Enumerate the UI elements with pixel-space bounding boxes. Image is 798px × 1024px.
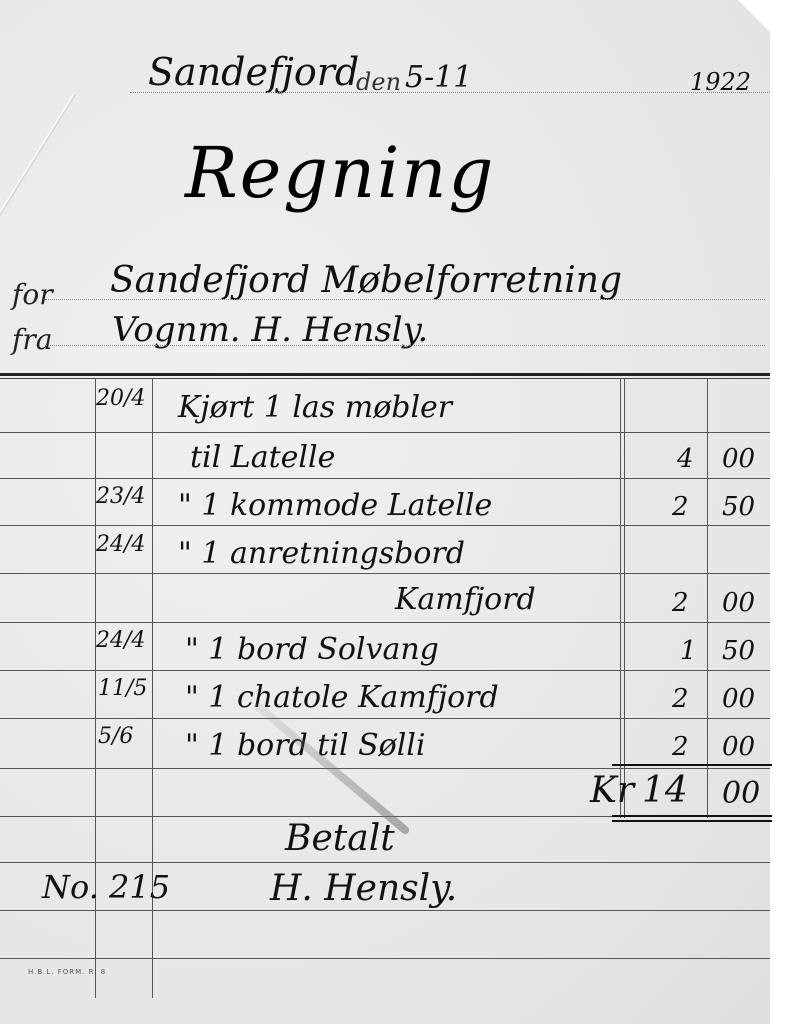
row-line: [0, 910, 770, 911]
row-kr: 2: [672, 684, 689, 714]
fra-label: fra: [12, 323, 52, 356]
row-kr: 2: [672, 732, 689, 762]
total-double-underline: [612, 815, 772, 817]
document-title: Regning: [185, 132, 495, 214]
header-dotted-line: [130, 92, 770, 93]
ledger-top-rule-thin: [0, 378, 770, 379]
fra-dotted-line: [45, 345, 765, 346]
total-ore: 00: [722, 776, 760, 811]
row-ore: 50: [722, 636, 755, 666]
row-line: [0, 478, 770, 479]
row-date: 5/6: [98, 724, 133, 749]
row-kr: 2: [672, 588, 689, 618]
signature: H. Hensly.: [270, 868, 457, 909]
row-ore: 00: [722, 732, 755, 762]
row-ore: 50: [722, 492, 755, 522]
total-double-underline-2: [612, 820, 772, 822]
row-kr: 4: [677, 444, 694, 474]
row-date: 24/4: [96, 532, 145, 557]
total-currency: Kr: [590, 770, 634, 811]
row-date: 20/4: [96, 386, 145, 411]
row-date: 23/4: [96, 484, 145, 509]
row-line: [0, 670, 770, 671]
paid-stamp: Betalt: [285, 818, 395, 859]
row-line: [0, 862, 770, 863]
fra-value: Vognm. H. Hensly.: [112, 310, 428, 350]
row-description: " 1 anretningsbord: [178, 536, 465, 571]
row-description: Kjørt 1 las møbler: [178, 390, 452, 425]
header-date: 5-11: [405, 60, 472, 95]
row-description: til Latelle: [190, 440, 335, 475]
total-kr: 14: [642, 770, 688, 811]
row-description: " 1 bord Solvang: [185, 632, 439, 667]
row-date: 11/5: [98, 676, 147, 701]
row-ore: 00: [722, 588, 755, 618]
row-date: 24/4: [96, 628, 145, 653]
kr-column-left-rule: [620, 378, 621, 818]
for-label: for: [12, 278, 53, 311]
total-overline: [612, 764, 772, 766]
row-line: [0, 432, 770, 433]
for-value: Sandefjord Møbelforretning: [110, 260, 622, 301]
row-kr: 1: [680, 636, 697, 666]
row-description: " 1 kommode Latelle: [178, 488, 492, 523]
row-line: [0, 958, 770, 959]
row-ore: 00: [722, 684, 755, 714]
row-ore: 00: [722, 444, 755, 474]
row-description: Kamfjord: [395, 582, 536, 617]
form-code: H.B.L. FORM. R. 8: [28, 968, 106, 976]
row-line: [0, 622, 770, 623]
ore-column-left-rule: [707, 378, 708, 818]
row-line: [0, 573, 770, 574]
for-dotted-line: [45, 299, 765, 300]
row-line: [0, 718, 770, 719]
row-description: " 1 chatole Kamfjord: [185, 680, 499, 715]
row-kr: 2: [672, 492, 689, 522]
ledger-top-rule: [0, 373, 770, 376]
invoice-number: No. 215: [42, 868, 170, 906]
row-line: [0, 525, 770, 526]
row-line: [0, 768, 770, 769]
header-place: Sandefjord: [148, 50, 359, 94]
kr-column-left-rule-double: [624, 378, 625, 818]
